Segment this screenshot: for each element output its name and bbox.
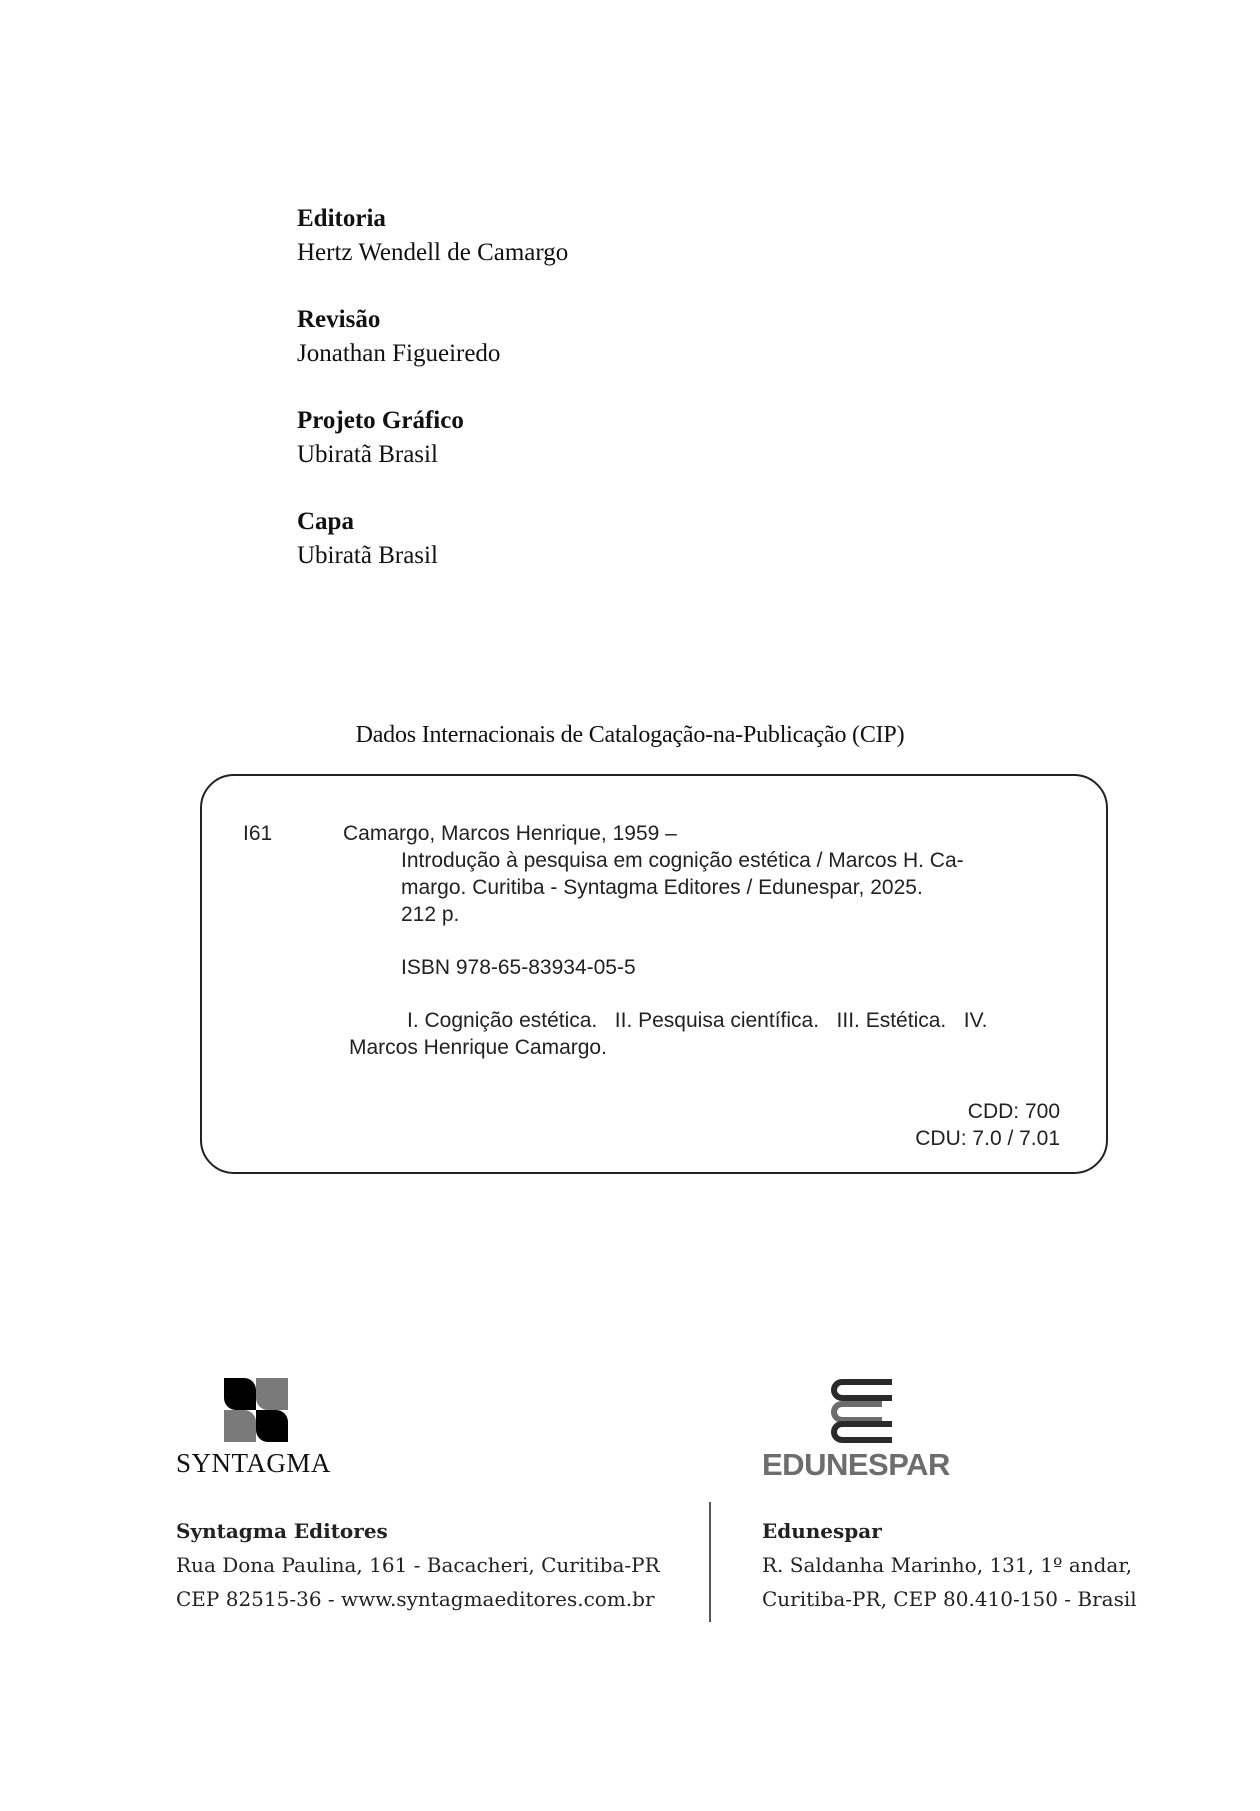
- credit-editoria: Editoria Hertz Wendell de Camargo: [297, 202, 568, 270]
- publisher-cep-website: CEP 82515-36 - www.syntagmaeditores.com.…: [176, 1582, 660, 1616]
- cip-isbn: ISBN 978-65-83934-05-5: [401, 954, 1063, 981]
- credit-role: Editoria: [297, 202, 568, 236]
- cip-title: Dados Internacionais de Catalogação-na-P…: [0, 722, 1260, 749]
- credit-role: Projeto Gráfico: [297, 404, 568, 438]
- cip-cdu: CDU: 7.0 / 7.01: [915, 1125, 1060, 1152]
- edunespar-wordmark: EDUNESPAR: [762, 1447, 950, 1483]
- syntagma-leaf-icon: [224, 1378, 288, 1442]
- cip-call-number: I61: [243, 820, 272, 847]
- cip-title-line: Introdução à pesquisa em cognição estéti…: [401, 847, 1063, 874]
- cip-title-line: margo. Curitiba - Syntagma Editores / Ed…: [401, 874, 1063, 901]
- cip-subjects: I. Cognição estética. II. Pesquisa cient…: [349, 1007, 1073, 1034]
- credit-role: Capa: [297, 505, 568, 539]
- credit-name: Ubiratã Brasil: [297, 438, 568, 472]
- cip-author: Camargo, Marcos Henrique, 1959 –: [343, 820, 1063, 847]
- publisher-name: Edunespar: [762, 1514, 1137, 1548]
- credit-name: Jonathan Figueiredo: [297, 337, 568, 371]
- syntagma-wordmark: SYNTAGMA: [176, 1448, 331, 1479]
- cip-record-box: I61 Camargo, Marcos Henrique, 1959 – Int…: [200, 774, 1108, 1174]
- credit-projeto-grafico: Projeto Gráfico Ubiratã Brasil: [297, 404, 568, 472]
- credit-capa: Capa Ubiratã Brasil: [297, 505, 568, 573]
- publisher-name: Syntagma Editores: [176, 1514, 660, 1548]
- publisher-cep: Curitiba-PR, CEP 80.410-150 - Brasil: [762, 1582, 1137, 1616]
- cip-cdd: CDD: 700: [915, 1098, 1060, 1125]
- cip-subjects-cont: Marcos Henrique Camargo.: [349, 1034, 1063, 1061]
- publisher-address: Rua Dona Paulina, 161 - Bacacheri, Curit…: [176, 1548, 660, 1582]
- edunespar-contact: Edunespar R. Saldanha Marinho, 131, 1º a…: [762, 1514, 1137, 1616]
- cip-body: Camargo, Marcos Henrique, 1959 – Introdu…: [343, 820, 1063, 1061]
- credit-name: Ubiratã Brasil: [297, 539, 568, 573]
- cip-classification: CDD: 700 CDU: 7.0 / 7.01: [915, 1098, 1060, 1152]
- credit-revisao: Revisão Jonathan Figueiredo: [297, 303, 568, 371]
- cip-pages: 212 p.: [401, 901, 1063, 928]
- credit-role: Revisão: [297, 303, 568, 337]
- publisher-divider: [709, 1502, 711, 1622]
- publisher-address: R. Saldanha Marinho, 131, 1º andar,: [762, 1548, 1137, 1582]
- credit-name: Hertz Wendell de Camargo: [297, 236, 568, 270]
- credits-list: Editoria Hertz Wendell de Camargo Revisã…: [297, 202, 568, 606]
- edunespar-books-icon: [826, 1378, 894, 1444]
- syntagma-contact: Syntagma Editores Rua Dona Paulina, 161 …: [176, 1514, 660, 1616]
